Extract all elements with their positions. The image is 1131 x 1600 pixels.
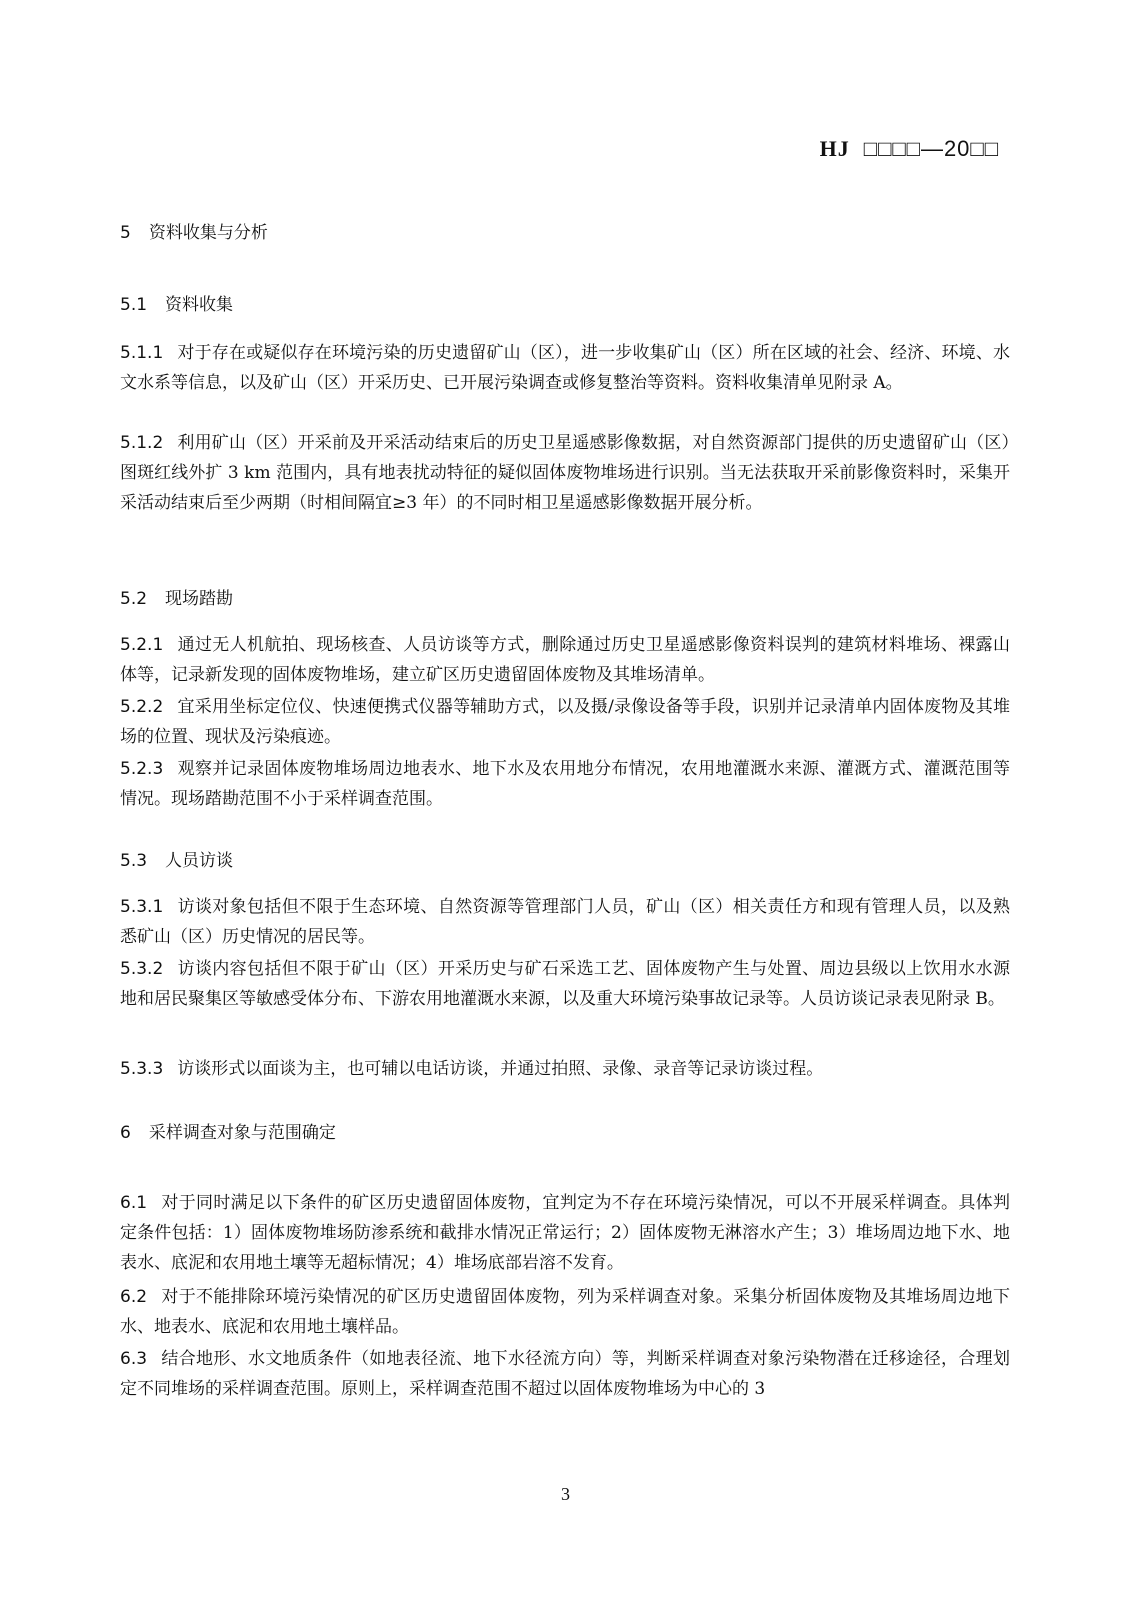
section-number: 5: [120, 223, 131, 243]
section-number: 6: [120, 1123, 131, 1143]
clause-5-2-2: 5.2.2宜采用坐标定位仪、快速便携式仪器等辅助方式，以及摄/录像设备等手段，识…: [120, 692, 1010, 752]
clause-text: 利用矿山（区）开采前及开采活动结束后的历史卫星遥感影像数据，对自然资源部门提供的…: [120, 433, 1010, 513]
standard-code-header: HJ□□□□—20□□: [820, 136, 999, 162]
clause-text: 访谈内容包括但不限于矿山（区）开采历史与矿石采选工艺、固体废物产生与处置、周边县…: [120, 959, 1010, 1009]
clause-number: 6.1: [120, 1193, 147, 1213]
clause-5-3-2: 5.3.2访谈内容包括但不限于矿山（区）开采历史与矿石采选工艺、固体废物产生与处…: [120, 954, 1010, 1014]
section-heading-5-2: 5.2现场踏勘: [120, 584, 1010, 609]
clause-number: 5.3.1: [120, 897, 163, 917]
section-title: 现场踏勘: [165, 589, 233, 609]
section-number: 5.3: [120, 851, 147, 871]
section-heading-5: 5资料收集与分析: [120, 218, 1010, 243]
clause-6-1: 6.1对于同时满足以下条件的矿区历史遗留固体废物，宜判定为不存在环境污染情况，可…: [120, 1188, 1010, 1278]
standard-number: □□□□—20□□: [864, 136, 999, 161]
section-title: 资料收集与分析: [149, 223, 268, 243]
clause-text: 对于不能排除环境污染情况的矿区历史遗留固体废物，列为采样调查对象。采集分析固体废…: [120, 1287, 1010, 1337]
document-page: HJ□□□□—20□□ 5资料收集与分析 5.1资料收集 5.1.1对于存在或疑…: [0, 0, 1131, 1600]
clause-5-3-3: 5.3.3访谈形式以面谈为主，也可辅以电话访谈，并通过拍照、录像、录音等记录访谈…: [120, 1054, 1010, 1084]
clause-5-1-2: 5.1.2利用矿山（区）开采前及开采活动结束后的历史卫星遥感影像数据，对自然资源…: [120, 428, 1010, 518]
clause-text: 宜采用坐标定位仪、快速便携式仪器等辅助方式，以及摄/录像设备等手段，识别并记录清…: [120, 697, 1010, 747]
clause-number: 5.2.1: [120, 635, 163, 655]
clause-number: 5.3.2: [120, 959, 163, 979]
section-number: 5.1: [120, 295, 147, 315]
standard-prefix: HJ: [820, 136, 850, 161]
clause-text: 结合地形、水文地质条件（如地表径流、地下水径流方向）等，判断采样调查对象污染物潜…: [120, 1349, 1010, 1399]
clause-5-3-1: 5.3.1访谈对象包括但不限于生态环境、自然资源等管理部门人员，矿山（区）相关责…: [120, 892, 1010, 952]
page-number: 3: [0, 1484, 1131, 1505]
clause-number: 5.2.3: [120, 759, 163, 779]
clause-6-3: 6.3结合地形、水文地质条件（如地表径流、地下水径流方向）等，判断采样调查对象污…: [120, 1344, 1010, 1404]
clause-text: 访谈对象包括但不限于生态环境、自然资源等管理部门人员，矿山（区）相关责任方和现有…: [120, 897, 1010, 947]
clause-text: 对于存在或疑似存在环境污染的历史遗留矿山（区），进一步收集矿山（区）所在区域的社…: [120, 343, 1010, 393]
clause-6-2: 6.2对于不能排除环境污染情况的矿区历史遗留固体废物，列为采样调查对象。采集分析…: [120, 1282, 1010, 1342]
section-title: 人员访谈: [165, 851, 233, 871]
clause-number: 5.1.2: [120, 433, 163, 453]
clause-number: 6.2: [120, 1287, 147, 1307]
clause-5-2-1: 5.2.1通过无人机航拍、现场核查、人员访谈等方式，删除通过历史卫星遥感影像资料…: [120, 630, 1010, 690]
clause-text: 观察并记录固体废物堆场周边地表水、地下水及农用地分布情况，农用地灌溉水来源、灌溉…: [120, 759, 1010, 809]
section-heading-6: 6采样调查对象与范围确定: [120, 1118, 1010, 1143]
clause-5-1-1: 5.1.1对于存在或疑似存在环境污染的历史遗留矿山（区），进一步收集矿山（区）所…: [120, 338, 1010, 398]
clause-number: 5.2.2: [120, 697, 163, 717]
section-title: 资料收集: [165, 295, 233, 315]
clause-number: 5.3.3: [120, 1059, 163, 1079]
section-heading-5-1: 5.1资料收集: [120, 290, 1010, 315]
clause-number: 5.1.1: [120, 343, 163, 363]
clause-text: 通过无人机航拍、现场核查、人员访谈等方式，删除通过历史卫星遥感影像资料误判的建筑…: [120, 635, 1010, 685]
section-heading-5-3: 5.3人员访谈: [120, 846, 1010, 871]
clause-number: 6.3: [120, 1349, 147, 1369]
clause-text: 对于同时满足以下条件的矿区历史遗留固体废物，宜判定为不存在环境污染情况，可以不开…: [120, 1193, 1010, 1273]
clause-5-2-3: 5.2.3观察并记录固体废物堆场周边地表水、地下水及农用地分布情况，农用地灌溉水…: [120, 754, 1010, 814]
section-title: 采样调查对象与范围确定: [149, 1123, 336, 1143]
section-number: 5.2: [120, 589, 147, 609]
clause-text: 访谈形式以面谈为主，也可辅以电话访谈，并通过拍照、录像、录音等记录访谈过程。: [177, 1059, 823, 1079]
